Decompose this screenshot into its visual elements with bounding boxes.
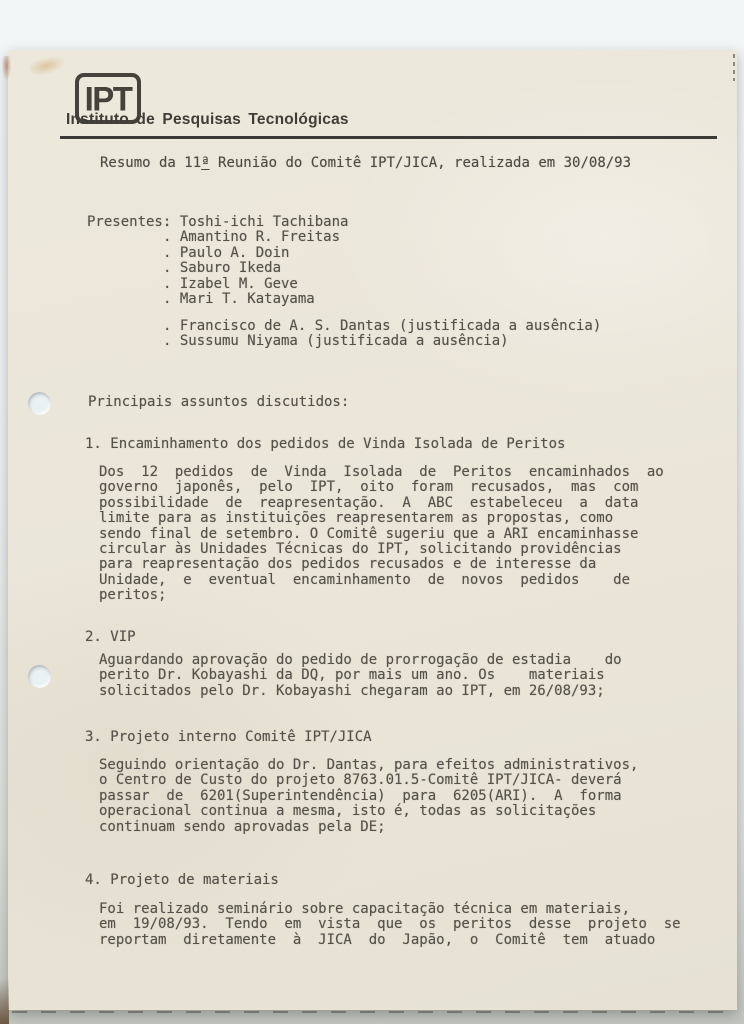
tape-residue-mark [28, 53, 67, 78]
section-1-body: Dos 12 pedidos de Vinda Isolada de Perit… [99, 465, 664, 604]
main-heading: Principais assuntos discutidos: [88, 395, 349, 410]
section-3-body: Seguindo orientação do Dr. Dantas, para … [99, 758, 638, 835]
attendees-list: . Toshi-ichi Tachibana . Amantino R. Fre… [163, 215, 348, 307]
attendee-item: . Mari T. Katayama [163, 292, 348, 307]
header-divider [60, 136, 717, 139]
document-title-ordinal: ª [201, 155, 209, 171]
absent-list: . Francisco de A. S. Dantas (justificada… [163, 319, 601, 350]
absent-item: . Sussumu Niyama (justificada a ausência… [163, 334, 601, 349]
section-1-heading: 1. Encaminhamento dos pedidos de Vinda I… [85, 437, 565, 452]
section-2-heading: 2. VIP [85, 630, 136, 645]
section-4-body: Foi realizado seminário sobre capacitaçã… [99, 902, 681, 948]
perforation-marks [733, 54, 735, 81]
section-2-body: Aguardando aprovação do pedido de prorro… [99, 653, 622, 699]
edge-tear-mark [2, 56, 11, 80]
punch-hole-bottom [28, 665, 51, 688]
document-title-pre: Resumo da 11 [100, 155, 201, 171]
institute-name: Instituto de Pesquisas Tecnológicas [66, 111, 349, 129]
document-title-post: Reunião do Comitê IPT/JICA, realizada em… [210, 155, 631, 171]
background-corner-shadow [0, 978, 9, 1024]
presentes-label: Presentes: [87, 215, 171, 230]
section-3-heading: 3. Projeto interno Comitê IPT/JICA [85, 730, 372, 745]
scan-background: IPT Instituto de Pesquisas Tecnológicas … [0, 0, 744, 1024]
attendee-item: . Paulo A. Doin [163, 246, 348, 261]
section-4-heading: 4. Projeto de materiais [85, 873, 279, 888]
attendee-item: . Amantino R. Freitas [163, 230, 348, 245]
document-title: Resumo da 11ª Reunião do Comitê IPT/JICA… [100, 156, 631, 171]
document-page: IPT Instituto de Pesquisas Tecnológicas … [8, 50, 737, 1010]
attendee-item: . Izabel M. Geve [163, 277, 348, 292]
punch-hole-top [28, 392, 51, 415]
attendee-item: . Saburo Ikeda [163, 261, 348, 276]
